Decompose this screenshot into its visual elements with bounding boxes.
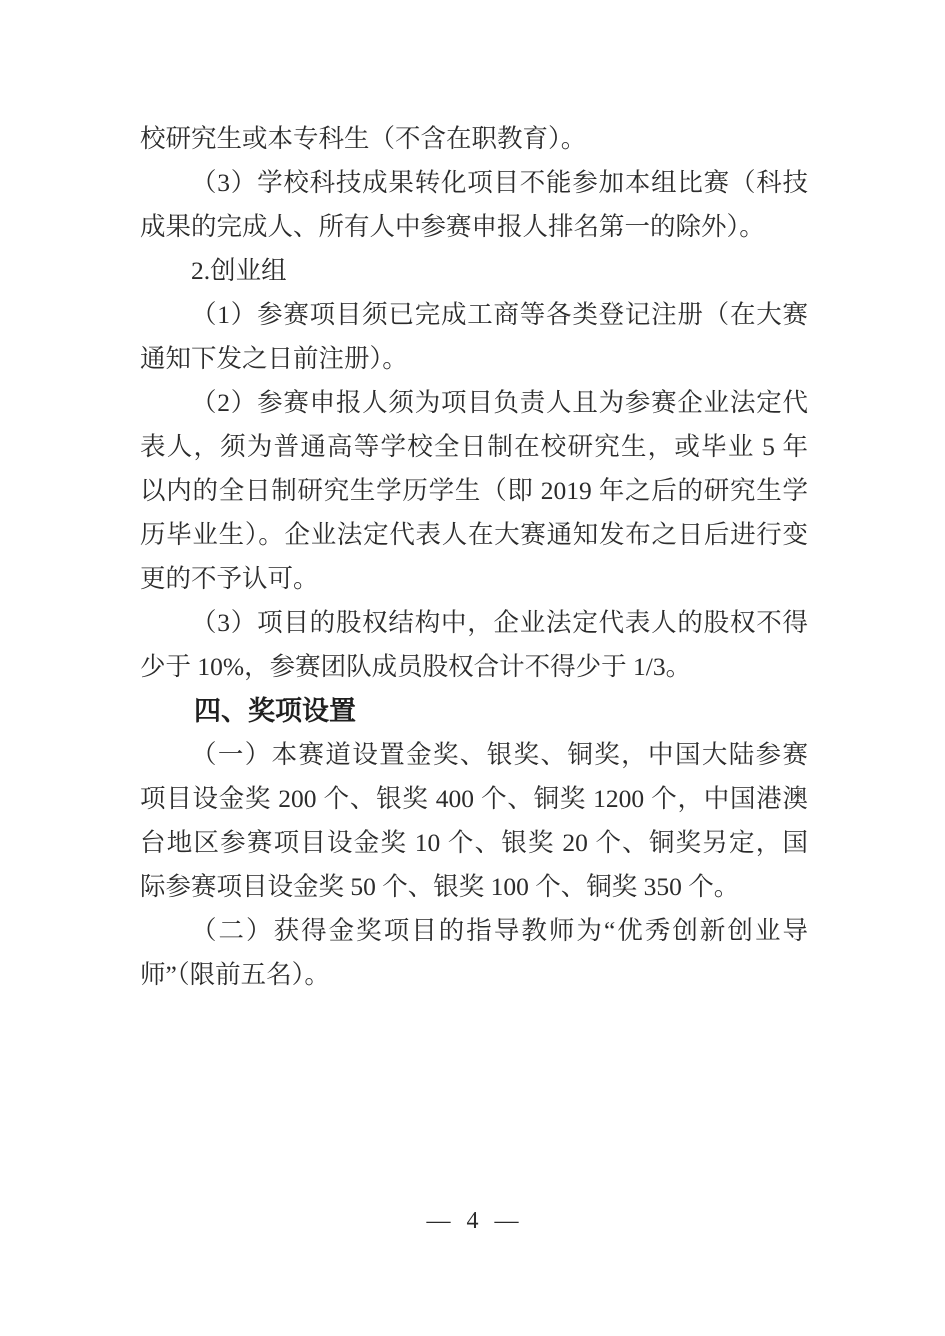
text-line: （1）参赛项目须已完成工商等各类登记注册（在大赛 xyxy=(140,293,808,337)
section-heading: 四、奖项设置 xyxy=(140,689,808,733)
page-number: — 4 — xyxy=(0,1208,945,1235)
text-line: （2）参赛申报人须为项目负责人且为参赛企业法定代 xyxy=(140,381,808,425)
text-line: 2.创业组 xyxy=(140,249,808,293)
text-line: 以内的全日制研究生学历学生（即 2019 年之后的研究生学 xyxy=(140,469,808,513)
text-line: 成果的完成人、所有人中参赛申报人排名第一的除外）。 xyxy=(140,205,808,249)
text-line: （3）项目的股权结构中，企业法定代表人的股权不得 xyxy=(140,601,808,645)
text-line: （二）获得金奖项目的指导教师为“优秀创新创业导 xyxy=(140,909,808,953)
text-line: 校研究生或本专科生（不含在职教育）。 xyxy=(140,117,808,161)
text-line: 表人，须为普通高等学校全日制在校研究生，或毕业 5 年 xyxy=(140,425,808,469)
text-line: （一）本赛道设置金奖、银奖、铜奖，中国大陆参赛 xyxy=(140,733,808,777)
text-line: 少于 10%，参赛团队成员股权合计不得少于 1/3。 xyxy=(140,645,808,689)
document-body: 校研究生或本专科生（不含在职教育）。 （3）学校科技成果转化项目不能参加本组比赛… xyxy=(140,117,808,997)
text-line: 更的不予认可。 xyxy=(140,557,808,601)
text-line: 项目设金奖 200 个、银奖 400 个、铜奖 1200 个，中国港澳 xyxy=(140,777,808,821)
text-line: 台地区参赛项目设金奖 10 个、银奖 20 个、铜奖另定，国 xyxy=(140,821,808,865)
document-page: 校研究生或本专科生（不含在职教育）。 （3）学校科技成果转化项目不能参加本组比赛… xyxy=(0,0,945,1336)
text-line: 通知下发之日前注册）。 xyxy=(140,337,808,381)
text-line: 师”（限前五名）。 xyxy=(140,953,808,997)
text-line: 际参赛项目设金奖 50 个、银奖 100 个、铜奖 350 个。 xyxy=(140,865,808,909)
text-line: 历毕业生）。企业法定代表人在大赛通知发布之日后进行变 xyxy=(140,513,808,557)
text-line: （3）学校科技成果转化项目不能参加本组比赛（科技 xyxy=(140,161,808,205)
